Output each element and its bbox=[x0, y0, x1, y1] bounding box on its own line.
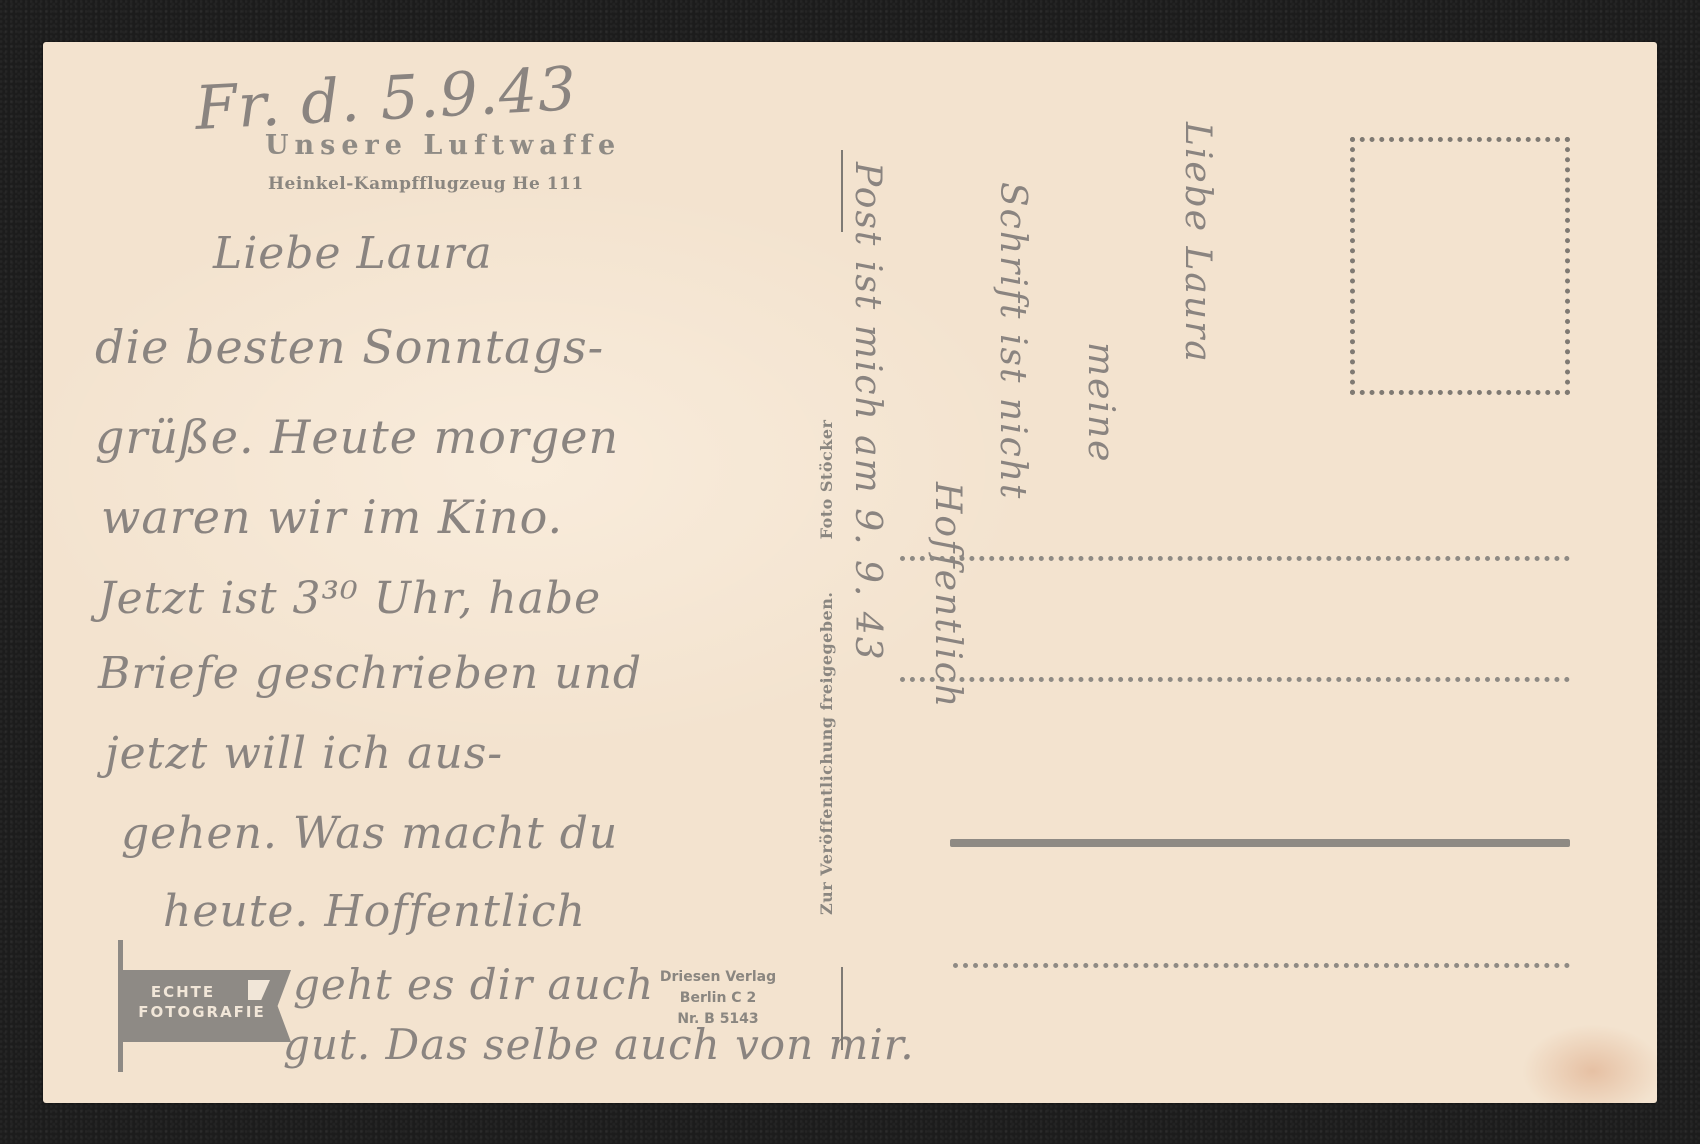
vertical-handwriting-line: Liebe Laura bbox=[1177, 122, 1218, 364]
divider-bottom bbox=[841, 967, 843, 1050]
message-line: gehen. Was macht du bbox=[121, 812, 618, 856]
publisher-number: Nr. B 5143 bbox=[643, 1009, 793, 1030]
address-line-3 bbox=[950, 839, 1570, 847]
vertical-handwriting-line: meine bbox=[1080, 342, 1121, 463]
vertical-censor-note: Zur Veröffentlichung freigegeben. Foto S… bbox=[817, 420, 836, 915]
logo-flagpole bbox=[118, 940, 123, 1072]
divider-top bbox=[841, 150, 843, 232]
card-title: Unsere Luftwaffe bbox=[265, 130, 621, 161]
message-line: grüße. Heute morgen bbox=[95, 414, 619, 460]
message-line: gut. Das selbe auch von mir. bbox=[283, 1024, 915, 1066]
message-line: waren wir im Kino. bbox=[101, 494, 563, 540]
message-line: jetzt will ich aus- bbox=[105, 732, 503, 776]
message-line: heute. Hoffentlich bbox=[163, 890, 586, 934]
message-salutation: Liebe Laura bbox=[213, 232, 493, 276]
vertical-handwriting-line: Hoffentlich bbox=[927, 482, 968, 709]
photo-credit: Foto Stöcker bbox=[817, 420, 836, 540]
message-line: die besten Sonntags- bbox=[95, 324, 604, 370]
vertical-handwriting-line: Post ist mich am 9. 9. 43 bbox=[847, 162, 888, 662]
address-line-2 bbox=[900, 677, 1570, 682]
publisher-city: Berlin C 2 bbox=[643, 988, 793, 1009]
stamp-box bbox=[1350, 137, 1570, 395]
address-line-4 bbox=[953, 963, 1570, 968]
publisher-info: Driesen Verlag Berlin C 2 Nr. B 5143 bbox=[643, 967, 793, 1030]
publisher-name: Driesen Verlag bbox=[643, 967, 793, 988]
logo-line-2: FOTOGRAFIE bbox=[127, 1002, 277, 1022]
censor-note: Zur Veröffentlichung freigegeben. bbox=[817, 592, 836, 915]
message-line: Briefe geschrieben und bbox=[98, 652, 642, 696]
vertical-handwriting-line: Schrift ist nicht bbox=[992, 182, 1033, 500]
postcard-back: Fr. d. 5.9.43 Unsere Luftwaffe Heinkel-K… bbox=[43, 42, 1657, 1103]
message-line: Jetzt ist 3³⁰ Uhr, habe bbox=[98, 577, 601, 621]
card-subtitle: Heinkel-Kampfflugzeug He 111 bbox=[268, 174, 584, 194]
message-line: geht es dir auch bbox=[293, 964, 654, 1006]
address-line-1 bbox=[900, 556, 1570, 561]
